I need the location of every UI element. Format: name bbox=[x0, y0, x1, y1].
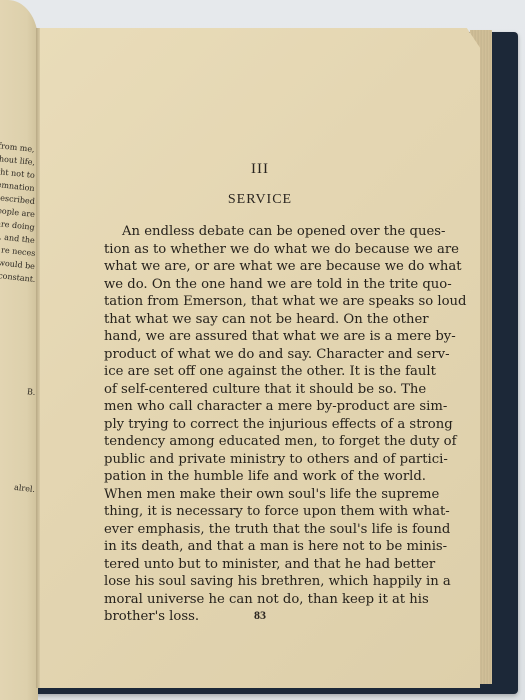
text-line: ever emphasis, the truth that the soul's… bbox=[104, 521, 426, 539]
chapter-number: III bbox=[40, 161, 480, 178]
text-line: lose his soul saving his brethren, which… bbox=[104, 573, 426, 591]
left-page-text-fragment: People are bbox=[0, 206, 35, 219]
left-page-text-fragment: constant. bbox=[0, 271, 35, 284]
text-line: When men make their own soul's life the … bbox=[104, 486, 426, 504]
text-line: pation in the humble life and work of th… bbox=[104, 468, 426, 486]
book-gutter bbox=[36, 28, 40, 688]
text-line: ply trying to correct the injurious effe… bbox=[104, 416, 426, 434]
text-line: what we are, or are what we are because … bbox=[104, 258, 426, 276]
text-line: public and private ministry to others an… bbox=[104, 451, 426, 469]
left-page-text-fragment: alrel. bbox=[14, 483, 36, 494]
left-page-text-fragment: from me, bbox=[0, 141, 35, 154]
text-line: men who call character a mere by-product… bbox=[104, 398, 426, 416]
text-line: tered unto but to minister, and that he … bbox=[104, 556, 426, 574]
text-line: ice are set off one against the other. I… bbox=[104, 363, 426, 381]
left-page: from me, ahout life, ght not to lemnatio… bbox=[0, 0, 38, 700]
text-line: moral universe he can not do, than keep … bbox=[104, 591, 426, 609]
left-page-text-fragment: described bbox=[0, 193, 35, 206]
text-line: we do. On the one hand we are told in th… bbox=[104, 276, 426, 294]
text-line: tion as to whether we do what we do beca… bbox=[104, 241, 426, 259]
text-line: product of what we do and say. Character… bbox=[104, 346, 426, 364]
left-page-text-fragment: ght not to bbox=[0, 167, 35, 180]
text-line: tation from Emerson, that what we are sp… bbox=[104, 293, 426, 311]
left-page-text-fragment: ahout life, bbox=[0, 154, 35, 167]
text-line: thing, it is necessary to force upon the… bbox=[104, 503, 426, 521]
text-line: An endless debate can be opened over the… bbox=[104, 223, 426, 241]
left-page-text-fragment: are doing bbox=[0, 219, 35, 232]
left-page-text-fragment: , and the bbox=[0, 232, 35, 245]
left-page-text-fragment: re neces bbox=[0, 245, 35, 258]
left-page-text-fragment: would be bbox=[0, 258, 35, 271]
text-line: that what we say can not be heard. On th… bbox=[104, 311, 426, 329]
chapter-body-text: An endless debate can be opened over the… bbox=[104, 223, 426, 626]
text-line: hand, we are assured that what we are is… bbox=[104, 328, 426, 346]
text-line: of self-centered culture that it should … bbox=[104, 381, 426, 399]
left-page-text-fragment: B. bbox=[26, 387, 35, 397]
text-line: in its death, and that a man is here not… bbox=[104, 538, 426, 556]
text-line: tendency among educated men, to forget t… bbox=[104, 433, 426, 451]
left-page-text-fragment: lemnation bbox=[0, 180, 35, 193]
page-number: 83 bbox=[40, 608, 480, 623]
right-page: III SERVICE An endless debate can be ope… bbox=[40, 28, 480, 688]
chapter-title: SERVICE bbox=[40, 192, 480, 208]
